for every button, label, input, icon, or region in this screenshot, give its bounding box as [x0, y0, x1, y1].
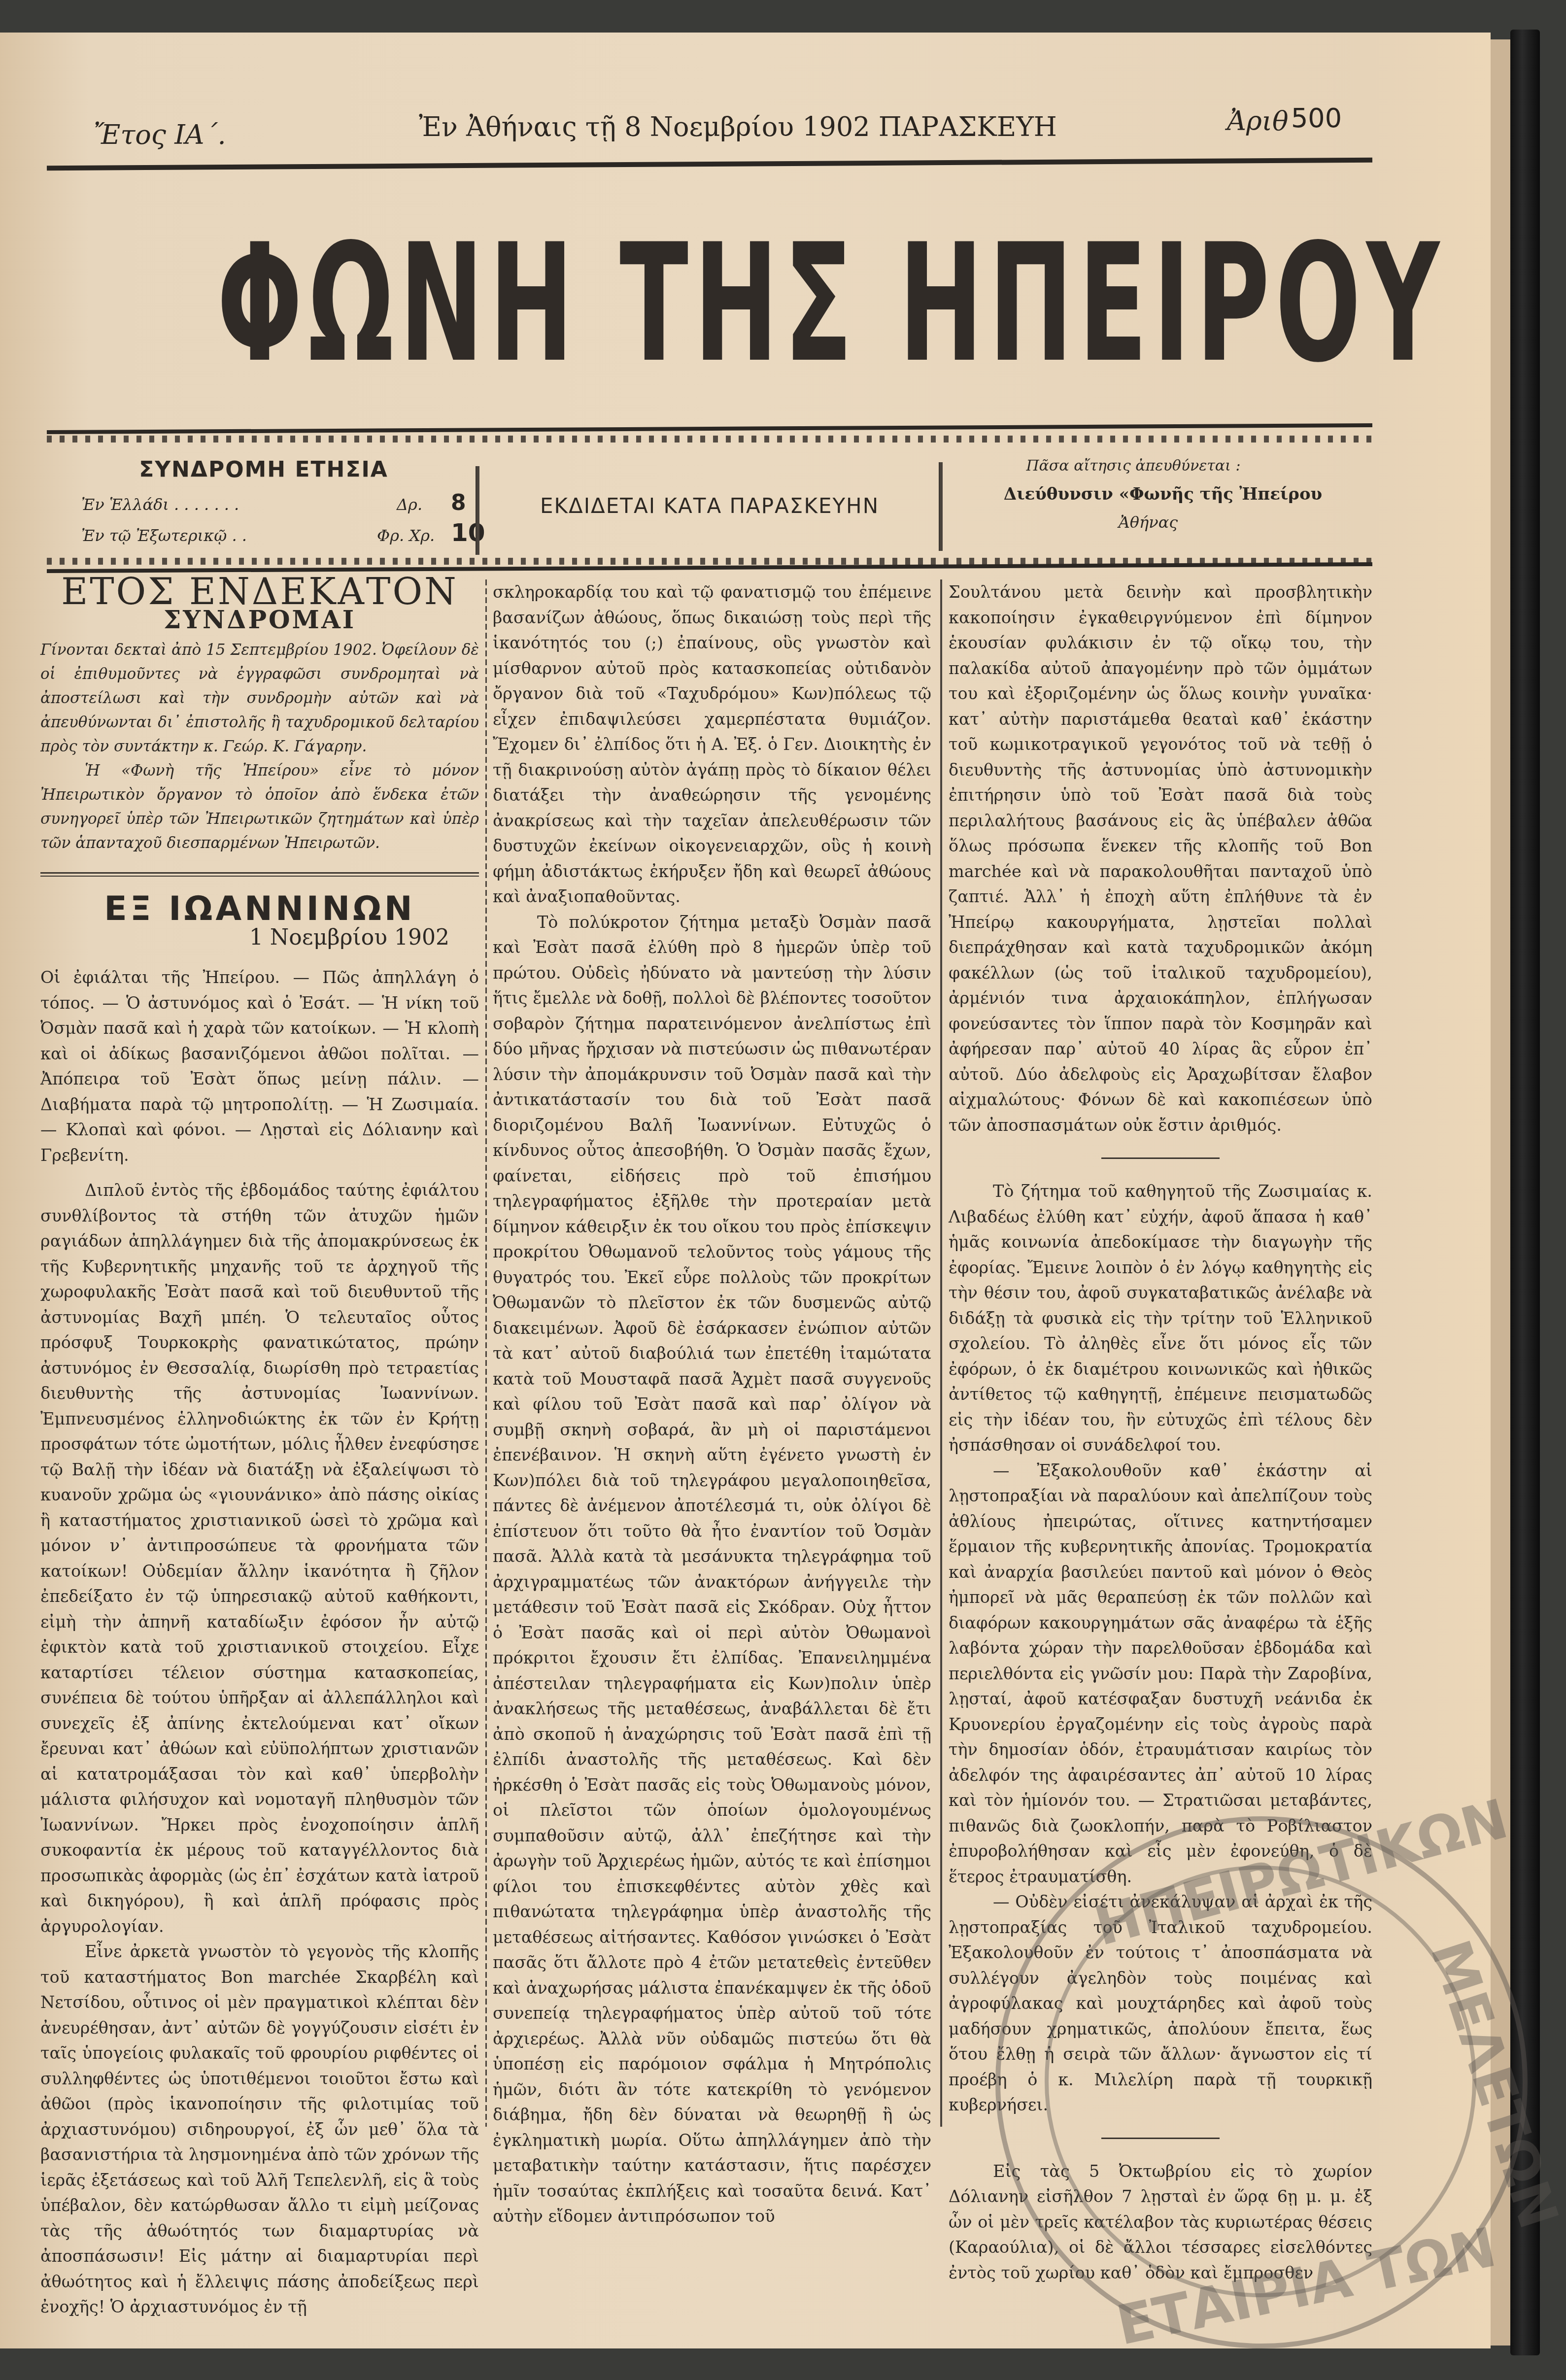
rule	[47, 423, 1372, 434]
subscription-row-label: Ἐν τῷ Ἐξωτερικῷ . .	[47, 526, 377, 545]
issue-label: Ἀριθ	[1227, 105, 1288, 136]
dateline: Ἐν Ἀθήναις τῇ 8 Νοεμβρίου 1902 ΠΑΡΑΣΚΕΥΗ	[419, 111, 1057, 142]
subscription-row-unit: Φρ. Χρ.	[377, 526, 451, 545]
address-line1: Πᾶσα αἴτησις ἀπευθύνεται :	[887, 457, 1380, 475]
box-divider	[939, 462, 943, 551]
subscription-row-label: Ἐν Ἑλλάδι . . . . . . .	[47, 495, 397, 514]
article-paragraph: Εἶνε ἀρκετὰ γνωστὸν τὸ γεγονὸς τῆς κλοπῆ…	[40, 1939, 479, 2320]
notice-paragraph: Γίνονται δεκταὶ ἀπὸ 15 Σεπτεμβρίου 1902.…	[40, 638, 479, 759]
box-divider	[476, 466, 479, 555]
header-rule	[47, 158, 1372, 170]
masthead-title: ΦΩΝΗ ΤΗΣ ΗΠΕΙΡΟΥ	[217, 220, 828, 387]
article-paragraph: — Ἐξακολουθοῦν καθ᾽ ἑκάστην αἱ λῃστοπραξ…	[949, 1458, 1372, 1890]
section-rule	[1101, 2138, 1220, 2139]
subscription-row-unit: Δρ.	[397, 495, 451, 514]
column-2: σκληροκαρδίᾳ του καὶ τῷ φανατισμῷ του ἐπ…	[493, 579, 931, 2229]
column-divider	[485, 579, 487, 2127]
newspaper-page: Ἔτος ΙΑ΄. Ἐν Ἀθήναις τῇ 8 Νοεμβρίου 1902…	[0, 33, 1491, 2348]
article-paragraph: Σουλτάνου μετὰ δεινὴν καὶ προσβλητικὴν κ…	[949, 579, 1372, 1138]
article-paragraph: — Οὐδὲν εἰσέτι ἀνεκάλυψαν αἱ ἀρχαὶ ἐκ τῆ…	[949, 1889, 1372, 2118]
article-paragraph: Διπλοῦ ἐντὸς τῆς ἑβδομάδος ταύτης ἐφιάλτ…	[40, 1178, 479, 1939]
year-label: Ἔτος ΙΑ΄.	[94, 119, 226, 150]
notice-title: ΕΤΟΣ ΕΝΔΕΚΑΤΟΝ	[40, 579, 479, 605]
article-paragraph: σκληροκαρδίᾳ του καὶ τῷ φανατισμῷ του ἐπ…	[493, 579, 931, 910]
book-binding	[1510, 30, 1540, 2355]
notice-paragraph: Ἡ «Φωνὴ τῆς Ἠπείρου» εἶνε τὸ μόνον Ἠπειρ…	[40, 759, 479, 855]
section-rule	[40, 876, 479, 877]
article-date: 1 Νοεμβρίου 1902	[40, 925, 479, 951]
section-rule	[1101, 1157, 1220, 1159]
article-paragraph: Τὸ ζήτημα τοῦ καθηγητοῦ τῆς Ζωσιμαίας κ.…	[949, 1179, 1372, 1458]
column-divider	[940, 579, 942, 2127]
article-title: ΕΞ ΙΩΑΝΝΙΝΩΝ	[40, 896, 479, 922]
section-rule	[40, 872, 479, 874]
publication-text: ΕΚΔΙΔΕΤΑΙ ΚΑΤΑ ΠΑΡΑΣΚΕΥΗΝ	[540, 494, 879, 518]
issue-number: 500	[1291, 102, 1342, 134]
address-line2: Διεύθυνσιν «Φωνῆς τῆς Ἠπείρου	[946, 484, 1380, 504]
subscription-title: ΣΥΝΔΡΟΜΗ ΕΤΗΣΙΑ	[47, 457, 480, 482]
column-3: Σουλτάνου μετὰ δεινὴν καὶ προσβλητικὴν κ…	[949, 579, 1372, 2285]
subscription-box: ΣΥΝΔΡΟΜΗ ΕΤΗΣΙΑ Ἐν Ἑλλάδι . . . . . . . …	[47, 456, 480, 555]
address-line3: Ἀθήνας	[917, 513, 1380, 532]
article-summary: Οἱ ἐφιάλται τῆς Ἠπείρου. — Πῶς ἀπηλλάγη …	[40, 965, 479, 1168]
subscription-row: Ἐν Ἑλλάδι . . . . . . . Δρ. 8	[47, 490, 480, 515]
article-paragraph: Τὸ πολύκροτον ζήτημα μεταξὺ Ὀσμὰν πασᾶ κ…	[493, 910, 931, 2229]
address-box: Πᾶσα αἴτησις ἀπευθύνεται : Διεύθυνσιν «Φ…	[946, 457, 1380, 532]
subscription-row: Ἐν τῷ Ἐξωτερικῷ . . Φρ. Χρ. 10	[47, 518, 480, 547]
column-1: ΕΤΟΣ ΕΝΔΕΚΑΤΟΝ ΣΥΝΔΡΟΜΑΙ Γίνονται δεκταὶ…	[40, 579, 479, 2320]
article-paragraph: Εἰς τὰς 5 Ὀκτωβρίου εἰς τὸ χωρίον Δόλιαν…	[949, 2159, 1372, 2286]
ornament-rule	[47, 436, 1372, 442]
publication-box: ΕΚΔΙΔΕΤΑΙ ΚΑΤΑ ΠΑΡΑΣΚΕΥΗΝ	[483, 456, 936, 555]
